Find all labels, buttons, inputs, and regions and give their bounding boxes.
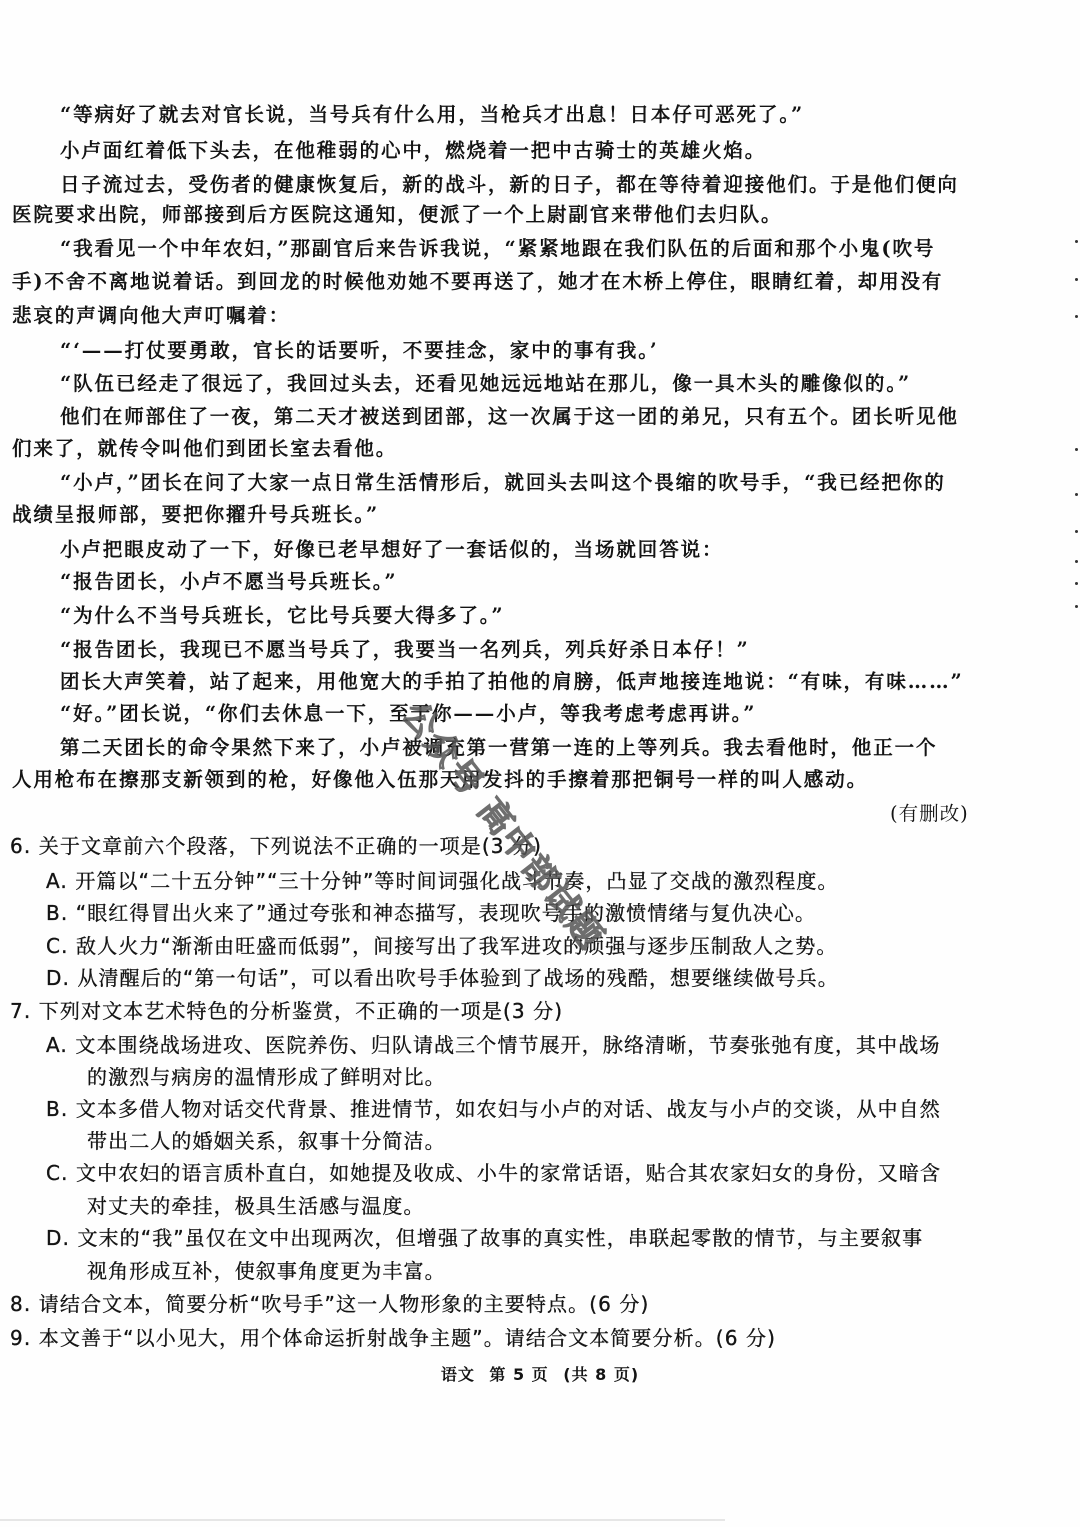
option-label: B. [46,1097,68,1121]
option-text: 文本围绕战场进攻、医院养伤、归队请战三个情节展开，脉络清晰，节奏张弛有度，其中战… [75,1033,940,1057]
option-label: A. [46,1033,68,1057]
q6-option-a: A. 开篇以“二十五分钟”“三十分钟”等时间词强化战斗节奏，凸显了交战的激烈程度… [46,867,839,895]
question-number: 8. [10,1292,31,1316]
q7-option-d: D. 文末的“我”虽仅在文中出现两次，但增强了故事的真实性，串联起零散的情节，与… [46,1224,923,1252]
option-label: B. [46,901,68,925]
passage-line-1: “等病好了就去对官长说，当号兵有什么用，当枪兵才出息！日本仔可恶死了。” [60,101,804,129]
option-text: 文末的“我”虽仅在文中出现两次，但增强了故事的真实性，串联起零散的情节，与主要叙… [77,1226,923,1250]
option-text: “眼红得冒出火来了”通过夸张和神态描写，表现吹号手的激愤情绪与复仇决心。 [76,901,816,925]
passage-line-3: 日子流过去，受伤者的健康恢复后，新的战斗，新的日子，都在等待着迎接他们。于是他们… [60,171,959,199]
option-label: C. [46,1161,69,1185]
passage-line-14: 小卢把眼皮动了一下，好像已老早想好了一套话似的，当场就回答说： [60,536,723,564]
passage-line-13: 战绩呈报师部，要把你擢升号兵班长。” [12,501,379,529]
option-text: 文本多借人物对话交代背景、推进情节，如农妇与小卢的对话、战友与小卢的交谈，从中自… [76,1097,941,1121]
option-text: 从清醒后的“第一句话”，可以看出吹号手体验到了战场的残酷，想要继续做号兵。 [77,966,838,990]
option-text: 文中农妇的语言质朴直白，如她提及收成、小牛的家常话语，贴合其农家妇女的身份，又暗… [76,1161,941,1185]
passage-line-18: 团长大声笑着，站了起来，用他宽大的手拍了拍他的肩膀，低声地接连地说：“有味，有味… [60,668,964,696]
q7-option-a: A. 文本围绕战场进攻、医院养伤、归队请战三个情节展开，脉络清晰，节奏张弛有度，… [46,1031,940,1059]
q7-option-c-cont: 对丈夫的牵挂，极具生活感与温度。 [87,1192,425,1220]
option-label: C. [46,934,69,958]
option-label: D. [46,1226,70,1250]
passage-line-2: 小卢面红着低下头去，在他稚弱的心中，燃烧着一把中古骑士的英雄火焰。 [60,137,766,165]
passage-line-16: “为什么不当号兵班长，它比号兵要大得多了。” [60,602,504,630]
question-stem: 下列对文本艺术特色的分析鉴赏，不正确的一项是(3 分) [39,999,563,1023]
footer-total: (共 8 页) [563,1365,639,1384]
question-8: 8. 请结合文本，简要分析“吹号手”这一人物形象的主要特点。(6 分) [10,1290,649,1318]
passage-line-10: 他们在师部住了一夜，第二天才被送到团部，这一次属于这一团的弟兄，只有五个。团长听… [60,403,959,431]
question-number: 6. [10,834,31,858]
passage-line-9: “队伍已经走了很远了，我回过头去，还看见她远远地站在那儿，像一具木头的雕像似的。… [60,370,911,398]
passage-line-20: 第二天团长的命令果然下来了，小卢被调充第一营第一连的上等列兵。我去看他时，他正一… [60,734,937,762]
scan-edge-marks [1074,230,1078,630]
exam-page: “等病好了就去对官长说，当号兵有什么用，当枪兵才出息！日本仔可恶死了。” 小卢面… [0,0,1080,1527]
q7-option-a-cont: 的激烈与病房的温情形成了鲜明对比。 [87,1063,446,1091]
option-text: 开篇以“二十五分钟”“三十分钟”等时间词强化战斗节奏，凸显了交战的激烈程度。 [75,869,838,893]
passage-line-6: 手)不舍不离地说着话。到回龙的时候他劝她不要再送了，她才在木桥上停住，眼睛红着，… [12,268,943,296]
scan-bottom-edge [0,1519,725,1521]
passage-line-11: 们来了，就传令叫他们到团长室去看他。 [12,435,397,463]
q7-option-c: C. 文中农妇的语言质朴直白，如她提及收成、小牛的家常话语，贴合其农家妇女的身份… [46,1159,941,1187]
q7-option-b: B. 文本多借人物对话交代背景、推进情节，如农妇与小卢的对话、战友与小卢的交谈，… [46,1095,941,1123]
passage-line-12: “小卢，”团长在问了大家一点日常生活情形后，就回头去叫这个畏缩的吹号手，“我已经… [60,469,946,497]
question-stem: 本文善于“以小见大，用个体命运折射战争主题”。请结合文本简要分析。(6 分) [39,1326,776,1350]
passage-line-4: 医院要求出院，师部接到后方医院这通知，便派了一个上尉副官来带他们去归队。 [12,201,782,229]
passage-line-5: “我看见一个中年农妇，”那副官后来告诉我说，“紧紧地跟在我们队伍的后面和那个小鬼… [60,235,935,263]
footer-page: 第 5 页 [489,1365,548,1384]
passage-line-7: 悲哀的声调向他大声叮嘱着： [12,302,290,330]
footer-subject: 语文 [441,1365,475,1384]
passage-line-8: “‘——打仗要勇敢，官长的话要听，不要挂念，家中的事有我。’ [60,337,659,365]
question-number: 9. [10,1326,31,1350]
q7-option-d-cont: 视角形成互补，使叙事角度更为丰富。 [87,1257,446,1285]
option-label: A. [46,869,68,893]
option-label: D. [46,966,70,990]
q7-option-b-cont: 带出二人的婚姻关系，叙事十分简洁。 [87,1127,446,1155]
option-text: 敌人火力“渐渐由旺盛而低弱”，间接写出了我军进攻的顽强与逐步压制敌人之势。 [76,934,837,958]
q6-option-c: C. 敌人火力“渐渐由旺盛而低弱”，间接写出了我军进攻的顽强与逐步压制敌人之势。 [46,932,837,960]
question-number: 7. [10,999,31,1023]
source-note: (有删改) [890,800,969,828]
page-footer: 语文 第 5 页 (共 8 页) [0,1362,1080,1385]
question-6: 6. 关于文章前六个段落，下列说法不正确的一项是(3 分) [10,832,542,860]
question-9: 9. 本文善于“以小见大，用个体命运折射战争主题”。请结合文本简要分析。(6 分… [10,1324,776,1352]
passage-line-17: “报告团长，我现已不愿当号兵了，我要当一名列兵，列兵好杀日本仔！” [60,636,750,664]
q6-option-d: D. 从清醒后的“第一句话”，可以看出吹号手体验到了战场的残酷，想要继续做号兵。 [46,964,839,992]
q6-option-b: B. “眼红得冒出火来了”通过夸张和神态描写，表现吹号手的激愤情绪与复仇决心。 [46,899,816,927]
passage-line-15: “报告团长，小卢不愿当号兵班长。” [60,568,397,596]
question-7: 7. 下列对文本艺术特色的分析鉴赏，不正确的一项是(3 分) [10,997,563,1025]
question-stem: 请结合文本，简要分析“吹号手”这一人物形象的主要特点。(6 分) [39,1292,650,1316]
question-stem: 关于文章前六个段落，下列说法不正确的一项是(3 分) [39,834,542,858]
